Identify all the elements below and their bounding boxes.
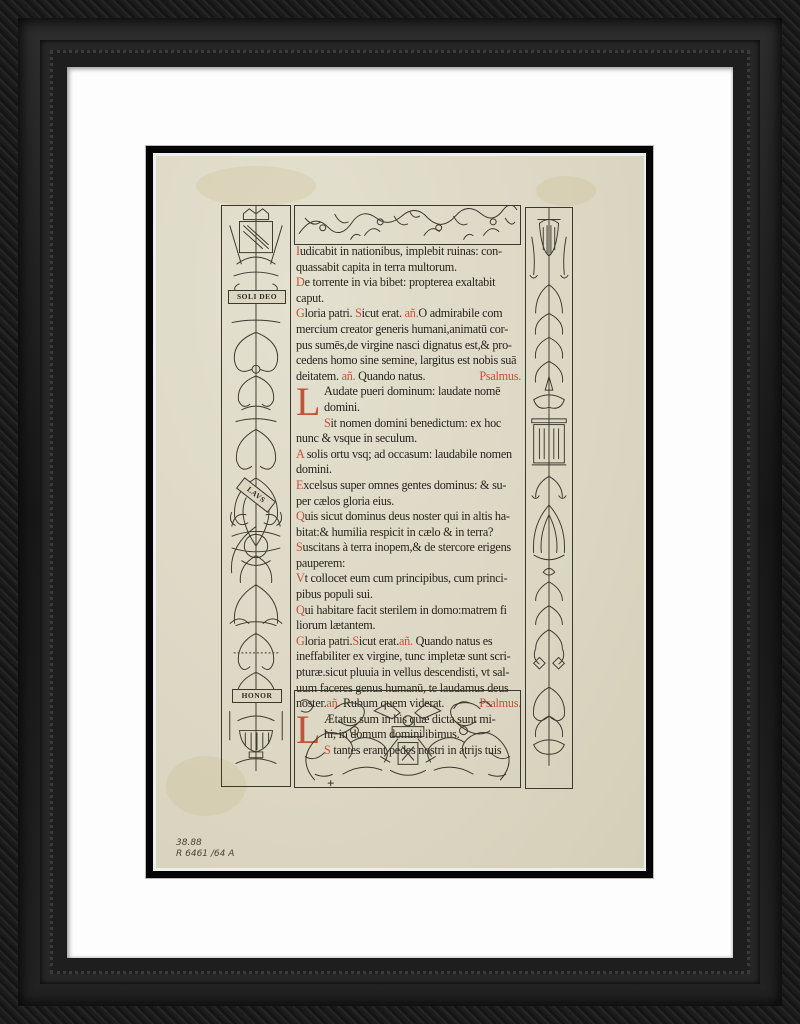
- text-line: LAudate pueri dominum: laudate nomē: [296, 384, 521, 400]
- ornament-candelabrum-icon: [526, 208, 572, 766]
- text-line: deitatem. añ. Quando natus.Psalmus.: [296, 369, 521, 385]
- text-line: pibus populi sui.: [296, 587, 521, 603]
- text-line: Vt collocet eum cum principibus, cum pri…: [296, 571, 521, 587]
- right-woodcut-border: [525, 207, 573, 789]
- text-line: domini.: [296, 400, 521, 416]
- top-woodcut-band: [294, 205, 521, 245]
- text-line: nunc & vsque in seculum.: [296, 431, 521, 447]
- text-line: mercium creator generis humani,animatū c…: [296, 322, 521, 338]
- left-woodcut-border: SOLI DEO LAVS HONOR: [221, 205, 291, 787]
- text-line: quassabit capita in terra multorum.: [296, 260, 521, 276]
- ornament-emblem-icon: [295, 691, 520, 788]
- latin-text-block: Iudicabit in nationibus, implebit ruinas…: [296, 244, 521, 759]
- text-line: Gloria patri. Sicut erat. añ.O admirabil…: [296, 306, 521, 322]
- text-line: per cælos gloria eius.: [296, 494, 521, 510]
- text-line: Suscitans à terra inopem,& de stercore e…: [296, 540, 521, 556]
- soli-deo-plate: SOLI DEO: [228, 290, 286, 304]
- text-line: bitat:& humilia respicit in cælo & in te…: [296, 525, 521, 541]
- text-line: pus sumēs,de virgine nasci dignatus est,…: [296, 338, 521, 354]
- text-line: Iudicabit in nationibus, implebit ruinas…: [296, 244, 521, 260]
- text-line: caput.: [296, 291, 521, 307]
- text-line: A solis ortu vsq; ad occasum: laudabile …: [296, 447, 521, 463]
- honor-plate: HONOR: [232, 689, 282, 703]
- rubric-initial-L: L: [296, 382, 320, 422]
- text-line: pturæ.sicut pluuia in vellus descendisti…: [296, 665, 521, 681]
- text-line: Quis sicut dominus deus noster qui in al…: [296, 509, 521, 525]
- text-line: Qui habitare facit sterilem in domo:matr…: [296, 603, 521, 619]
- text-line: ineffabiliter ex virgine, tunc impletæ s…: [296, 649, 521, 665]
- bottom-woodcut-band: [294, 690, 521, 788]
- text-line: Excelsus super omnes gentes dominus: & s…: [296, 478, 521, 494]
- accession-inscription: 38.88 R 6461 /64 A: [176, 838, 234, 860]
- text-line: liorum lætantem.: [296, 618, 521, 634]
- text-line: Sit nomen domini benedictum: ex hoc: [296, 416, 521, 432]
- text-line: domini.: [296, 462, 521, 478]
- text-line: pauperem:: [296, 556, 521, 572]
- text-line: Gloria patri.Sicut erat.añ. Quando natus…: [296, 634, 521, 650]
- ornament-vine-icon: [295, 206, 520, 246]
- text-line: De torrente in via bibet: propterea exal…: [296, 275, 521, 291]
- text-line: cedens homo sine semine, largitus est no…: [296, 353, 521, 369]
